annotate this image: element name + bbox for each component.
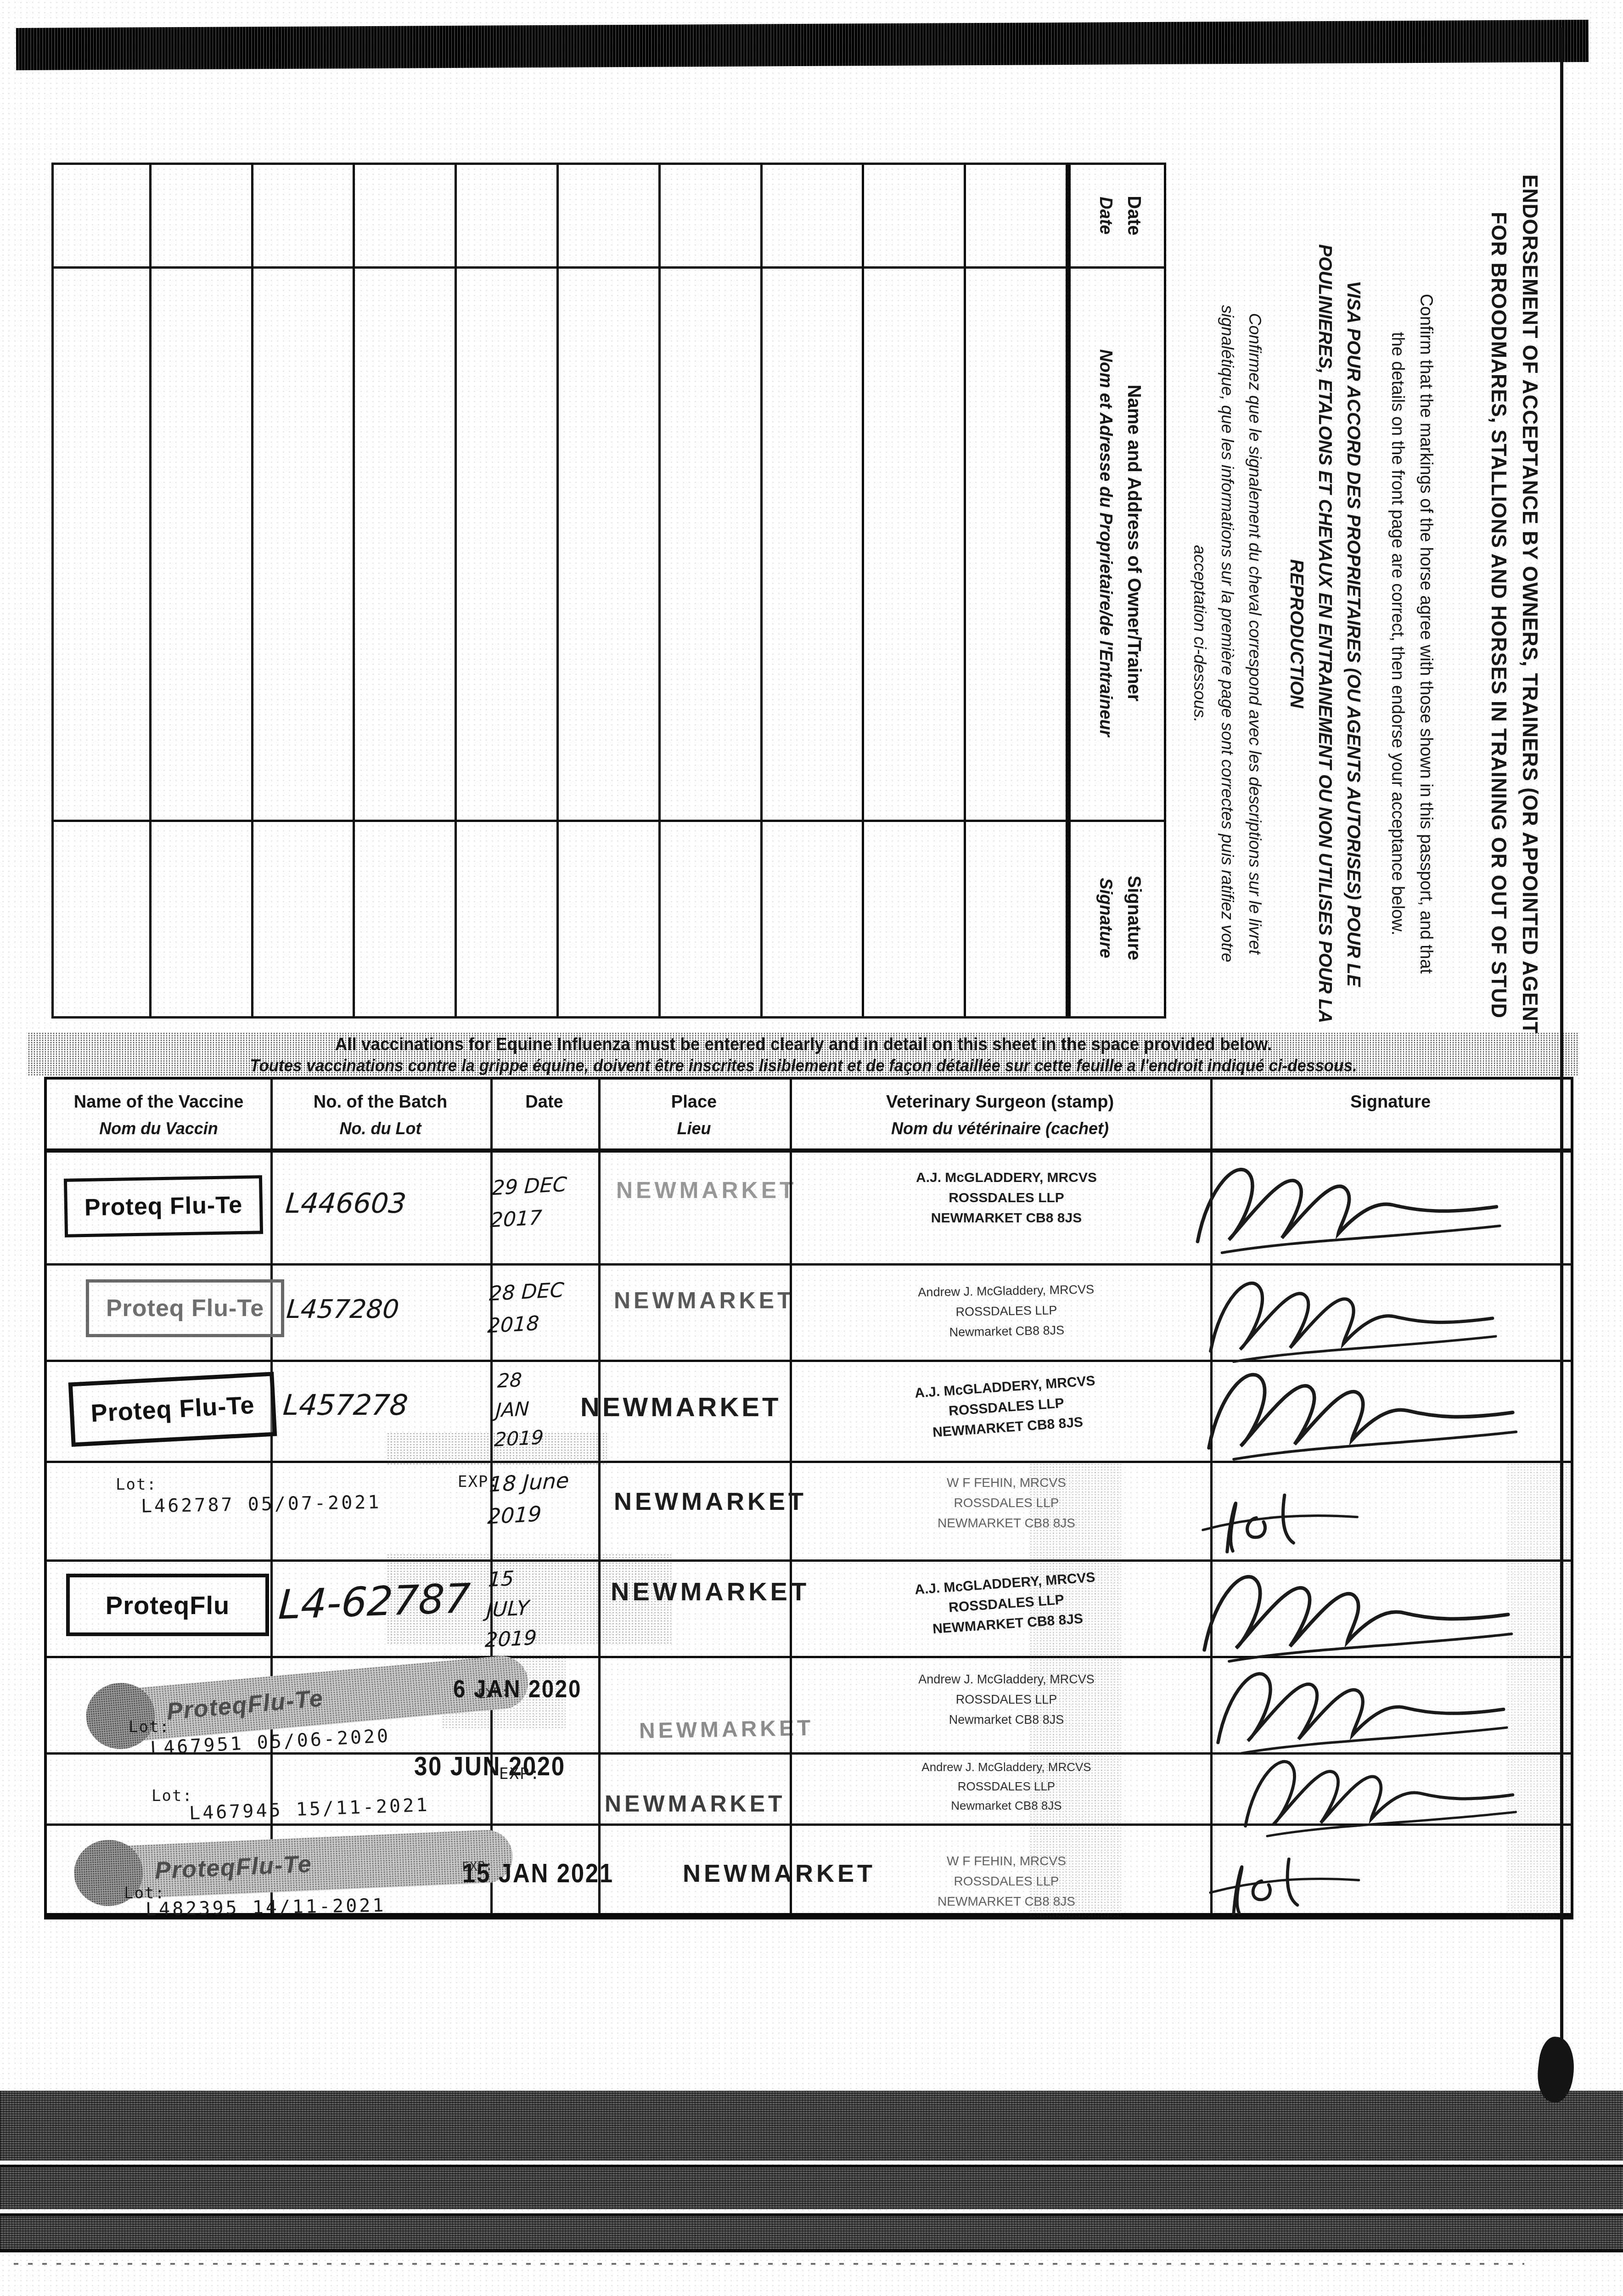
vaccination-table: Name of the Vaccine Nom du Vaccin No. of… xyxy=(44,1077,1573,1919)
owner-header-signature-en: Signature xyxy=(1124,876,1144,960)
owner-table-empty-rows xyxy=(54,165,1068,1016)
visa-fr-line3: REPRODUCTION xyxy=(1286,559,1307,708)
endorsement-section: ENDORSEMENT OF ACCEPTANCE BY OWNERS, TRA… xyxy=(0,0,1623,1033)
confirm-en-line1: Confirm that the markings of the horse a… xyxy=(1416,294,1436,974)
confirm-en-line2: the details on the front page are correc… xyxy=(1388,332,1407,935)
owner-header-date-en: Date xyxy=(1124,196,1144,236)
owner-header-name-fr: Nom et Adresse du Proprietaire/de l'Entr… xyxy=(1091,266,1120,820)
scan-dotted-line xyxy=(14,2263,1524,2265)
owner-header-signature-fr: Signature xyxy=(1091,820,1120,1016)
vet-stamp: W F FEHIN, MRCVS ROSSDALES LLP NEWMARKET… xyxy=(800,1851,1213,1912)
notice-line-en: All vaccinations for Equine Influenza mu… xyxy=(51,1035,1556,1055)
vaccination-notice: All vaccinations for Equine Influenza mu… xyxy=(28,1032,1579,1076)
scan-band-edge xyxy=(0,2249,1623,2252)
endorsement-title: ENDORSEMENT OF ACCEPTANCE BY OWNERS, TRA… xyxy=(1483,165,1546,1033)
vaccination-row-8: ProteqFlu-Te EXP: Lot: L482395 14/11-202… xyxy=(47,1080,1571,1913)
owner-table-header-line xyxy=(1068,165,1071,1016)
date-stamp: 15 JAN 2021 xyxy=(462,1858,614,1889)
page-edge-line xyxy=(1560,28,1563,2053)
vet-line2: ROSSDALES LLP xyxy=(954,1874,1059,1888)
signature xyxy=(1176,1843,1387,1927)
endorsement-confirm-en: Confirm that the markings of the horse a… xyxy=(1383,165,1440,1033)
visa-fr-line2: POULINIERES, ETALONS ET CHEVAUX EN ENTRA… xyxy=(1315,244,1335,1023)
endorsement-title-line1: ENDORSEMENT OF ACCEPTANCE BY OWNERS, TRA… xyxy=(1518,174,1542,1033)
endorsement-title-line2: FOR BROODMARES, STALLIONS AND HORSES IN … xyxy=(1487,212,1511,1019)
confirm-fr-line2: signalétique, que les informations sur l… xyxy=(1218,305,1237,962)
scanner-noise-band-bottom xyxy=(0,2091,1623,2252)
confirm-fr-line1: Confirmez que le signalement du cheval c… xyxy=(1246,313,1264,954)
owner-header-name: Name and Address of Owner/Trainer Nom et… xyxy=(1091,266,1148,820)
visa-fr-line1: VISA POUR ACCORD DES PROPRIETAIRES (OU A… xyxy=(1343,281,1364,986)
owner-endorsement-table: Date Date Name and Address of Owner/Trai… xyxy=(51,163,1166,1019)
sticker-text: ProteqFlu-Te xyxy=(154,1850,313,1885)
vet-line1: W F FEHIN, MRCVS xyxy=(947,1854,1066,1868)
owner-header-name-en: Name and Address of Owner/Trainer xyxy=(1124,385,1144,702)
notice-line-fr: Toutes vaccinations contre la grippe équ… xyxy=(51,1056,1556,1075)
owner-header-date: Date Date xyxy=(1091,165,1148,266)
scanned-passport-page: ENDORSEMENT OF ACCEPTANCE BY OWNERS, TRA… xyxy=(0,0,1623,2296)
vet-line3: NEWMARKET CB8 8JS xyxy=(938,1894,1075,1908)
endorsement-confirm-fr: Confirmez que le signalement du cheval c… xyxy=(1186,165,1269,1033)
owner-header-signature: Signature Signature xyxy=(1091,820,1148,1016)
scan-white-line xyxy=(0,2209,1623,2213)
endorsement-visa-fr: VISA POUR ACCORD DES PROPRIETAIRES (OU A… xyxy=(1282,165,1368,1033)
owner-header-date-fr: Date xyxy=(1091,165,1120,266)
scan-white-line xyxy=(0,2161,1623,2165)
lot-number: L482395 14/11-2021 xyxy=(146,1895,386,1920)
confirm-fr-line3: acceptation ci-dessous. xyxy=(1191,545,1209,723)
